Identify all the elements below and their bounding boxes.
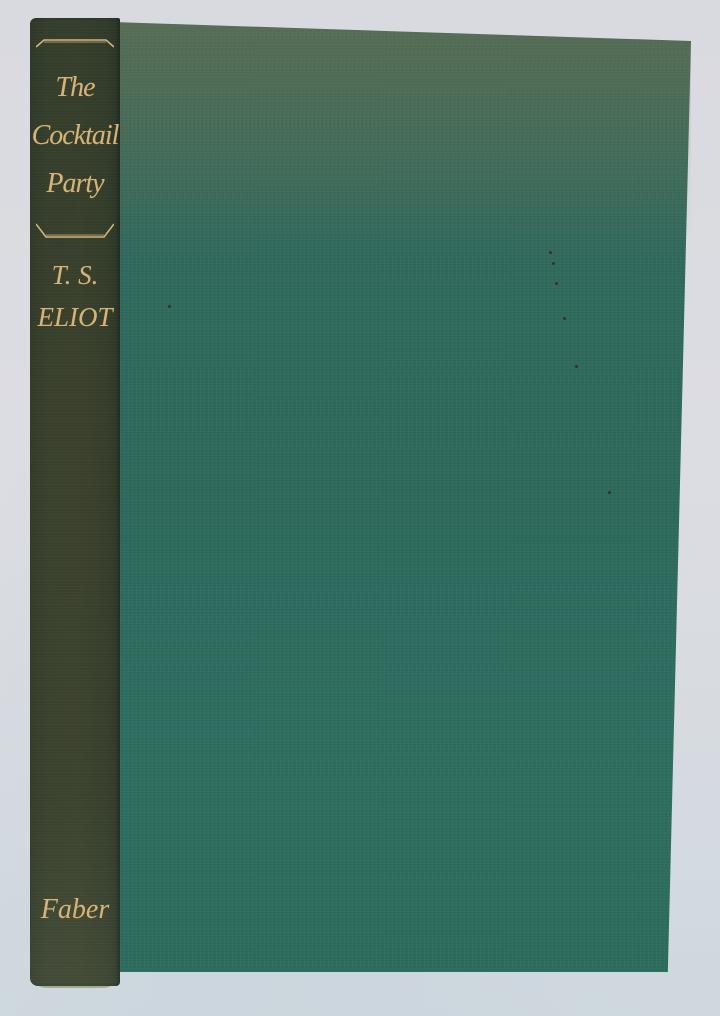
foxing-spot	[549, 251, 552, 254]
gilt-rule-top	[36, 38, 114, 46]
foxing-spot	[563, 317, 566, 320]
foxing-spot	[555, 282, 558, 285]
foxing-spot	[575, 365, 578, 368]
spine-author-initials: T. S.	[30, 260, 120, 291]
spine-author-surname: ELIOT	[30, 302, 120, 333]
spine-title-line-2: Cocktail	[30, 120, 120, 152]
foxing-spot	[608, 491, 611, 494]
cover-sun-fading	[112, 22, 691, 242]
book-spine	[30, 18, 120, 986]
foxing-spot	[552, 262, 555, 265]
gilt-rule-bottom	[36, 222, 114, 230]
foxing-spot	[168, 305, 171, 308]
spine-title-line-3: Party	[30, 168, 120, 200]
spine-publisher: Faber	[30, 894, 120, 926]
spine-title-line-1: The	[30, 72, 120, 104]
